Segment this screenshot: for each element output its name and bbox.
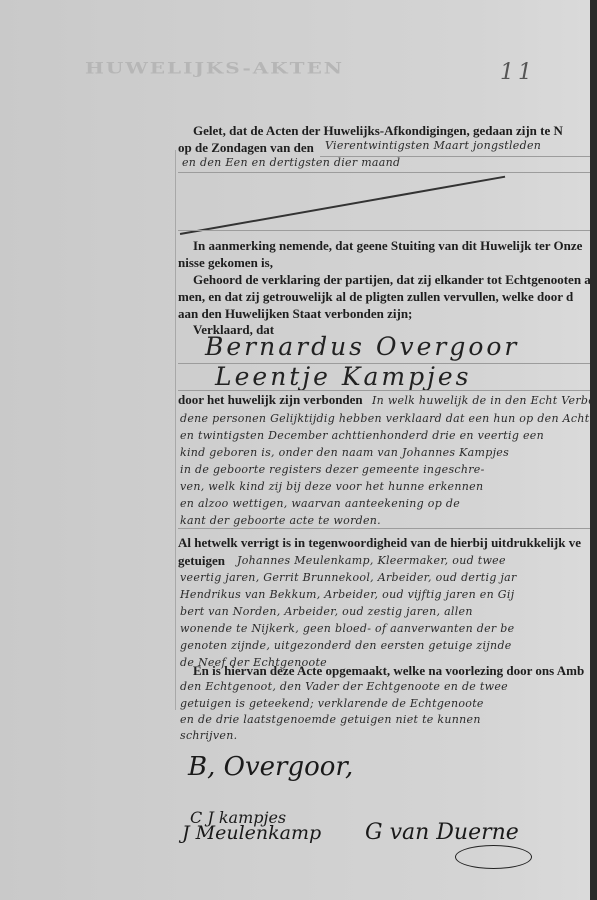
union-printed: door het huwelijk zijn verbonden <box>178 392 363 408</box>
signature-groom: B, Overgoor, <box>188 752 353 782</box>
witness-hand-line-1: Johannes Meulenkamp, Kleermaker, oud twe… <box>237 554 506 567</box>
union-hand-line-4: kind geboren is, onder den naam van Joha… <box>180 446 509 459</box>
no-objection-line-4: men, en dat zij getrouwelijk al de pligt… <box>178 289 573 305</box>
union-hand-line-1: In welk huwelijk de in den Echt Verbon- <box>372 394 597 407</box>
banns-rule-3 <box>178 230 590 231</box>
signature-flourish <box>455 845 532 869</box>
no-objection-line-1: In aanmerking nemende, dat geene Stuitin… <box>193 238 582 254</box>
bride-rule <box>178 390 590 391</box>
closing-hand-line-4: schrijven. <box>180 729 237 742</box>
union-rule <box>178 528 590 529</box>
register-page: HUWELIJKS-AKTEN 11 Gelet, dat de Acten d… <box>0 0 590 900</box>
bride-name: Leentje Kampjes <box>215 362 472 391</box>
banns-rule-2 <box>178 172 590 173</box>
signature-official: G van Duerne <box>365 820 519 845</box>
witnesses-printed-line: Al hetwelk verrigt is in tegenwoordighei… <box>178 535 581 551</box>
witness-hand-line-5: wonende te Nijkerk, geen bloed- of aanve… <box>180 622 514 635</box>
folio-mark: 11 <box>500 60 536 85</box>
closing-hand-line-2: getuigen is geteekend; verklarende de Ec… <box>180 697 484 710</box>
witness-hand-line-6: genoten zijnde, uitgezonderd den eersten… <box>180 639 512 652</box>
witness-hand-line-4: bert van Norden, Arbeider, oud zestig ja… <box>180 605 473 618</box>
union-hand-line-2: dene personen Gelijktijdig hebben verkla… <box>180 412 589 425</box>
banns-hand-line-1: Vierentwintigsten Maart jongstleden <box>325 139 541 152</box>
union-hand-line-6: ven, welk kind zij bij deze voor het hun… <box>180 480 483 493</box>
no-objection-line-5: aan den Huwelijken Staat verbonden zijn; <box>178 306 412 322</box>
witness-hand-line-3: Hendrikus van Bekkum, Arbeider, oud vijf… <box>180 588 514 601</box>
groom-name: Bernardus Overgoor <box>205 332 519 361</box>
no-objection-line-2: nisse gekomen is, <box>178 255 273 271</box>
union-hand-line-3: en twintigsten December achttienhonderd … <box>180 429 544 442</box>
union-hand-line-7: en alzoo wettigen, waarvan aanteekening … <box>180 497 460 510</box>
closing-hand-line-1: den Echtgenoot, den Vader der Echtgenoot… <box>180 680 508 693</box>
closing-printed: En is hiervan deze Acte opgemaakt, welke… <box>193 663 584 679</box>
union-hand-line-5: in de geboorte registers dezer gemeente … <box>180 463 485 476</box>
banns-printed-line-1: Gelet, dat de Acten der Huwelijks-Afkond… <box>193 123 563 139</box>
margin-rule <box>175 150 176 710</box>
closing-hand-line-3: en de drie laatstgenoemde getuigen niet … <box>180 713 481 726</box>
witness-hand-line-2: veertig jaren, Gerrit Brunnekool, Arbeid… <box>180 571 517 584</box>
no-objection-line-3: Gehoord de verklaring der partijen, dat … <box>193 272 591 288</box>
strike-line <box>180 176 505 235</box>
banns-hand-line-2: en den Een en dertigsten dier maand <box>182 156 400 169</box>
banns-printed-line-2: op de Zondagen van den <box>178 140 314 156</box>
page-edge <box>590 0 597 900</box>
signature-witness: J Meulenkamp <box>182 822 321 844</box>
union-hand-line-8: kant der geboorte acte te worden. <box>180 514 381 527</box>
bleedthrough-heading: HUWELIJKS-AKTEN <box>85 58 344 77</box>
witnesses-label: getuigen <box>178 553 225 569</box>
